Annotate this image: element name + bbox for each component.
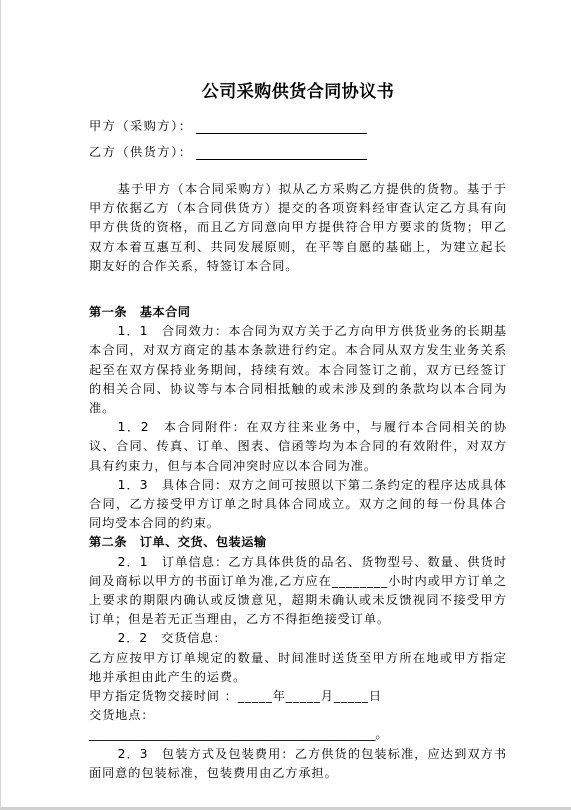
document-body: 基于甲方（本合同采购方）拟从乙方采购乙方提供的货物。基于于甲方依据乙方（本合同供… bbox=[89, 180, 507, 783]
clause-2-2: 2．2 交货信息： bbox=[89, 629, 507, 648]
clause-2-2-delivery-text: 乙方应按甲方订单规定的数量、时间准时送货至甲方所在地或甲方指定地并承担由此产生的… bbox=[89, 649, 507, 687]
party-a-label: 甲方（采购方）： bbox=[89, 116, 192, 136]
clause-2-2-delivery-date: 甲方指定货物交接时间 ：_____年_____月_____日 bbox=[89, 687, 507, 706]
clause-1-2: 1．2 本合同附件：在双方往来业务中，与履行本合同相关的协议、合同、传真、订单、… bbox=[89, 418, 507, 476]
spacer bbox=[89, 276, 507, 289]
document-title: 公司采购供货合同协议书 bbox=[89, 80, 507, 104]
preamble-paragraph: 基于甲方（本合同采购方）拟从乙方采购乙方提供的货物。基于于甲方依据乙方（本合同供… bbox=[89, 180, 507, 276]
clause-1-3: 1．3 具体合同：双方之间可按照以下第二条约定的程序达成具体合同，乙方接受甲方订… bbox=[89, 476, 507, 534]
clause-2-1: 2．1 订单信息：乙方具体供货的品名、货物型号、数量、供货时间及商标以甲方的书面… bbox=[89, 553, 507, 630]
section-2-heading: 第二条 订单、交货、包装运输 bbox=[89, 533, 507, 552]
clause-2-3: 2．3 包装方式及包装费用：乙方供货的包装标准，应达到双方书面同意的包装标准，包… bbox=[89, 745, 507, 783]
clause-2-2-delivery-place-blank[interactable]: ________________________________________… bbox=[89, 725, 507, 744]
party-b-field: 乙方（供货方）： bbox=[89, 142, 367, 162]
party-b-blank[interactable] bbox=[196, 145, 367, 160]
spacer bbox=[89, 289, 507, 303]
party-a-blank[interactable] bbox=[196, 119, 367, 134]
clause-1-1: 1．1 合同效力：本合同为双方关于乙方向甲方供货业务的长期基本合同，对双方商定的… bbox=[89, 322, 507, 418]
party-a-field: 甲方（采购方）： bbox=[89, 116, 367, 136]
document-page: 公司采购供货合同协议书 甲方（采购方）： 乙方（供货方）： 基于甲方（本合同采购… bbox=[0, 0, 571, 807]
section-1-heading: 第一条 基本合同 bbox=[89, 303, 507, 322]
party-b-label: 乙方（供货方）： bbox=[89, 142, 192, 162]
clause-2-2-delivery-place-label: 交货地点： bbox=[89, 706, 507, 725]
